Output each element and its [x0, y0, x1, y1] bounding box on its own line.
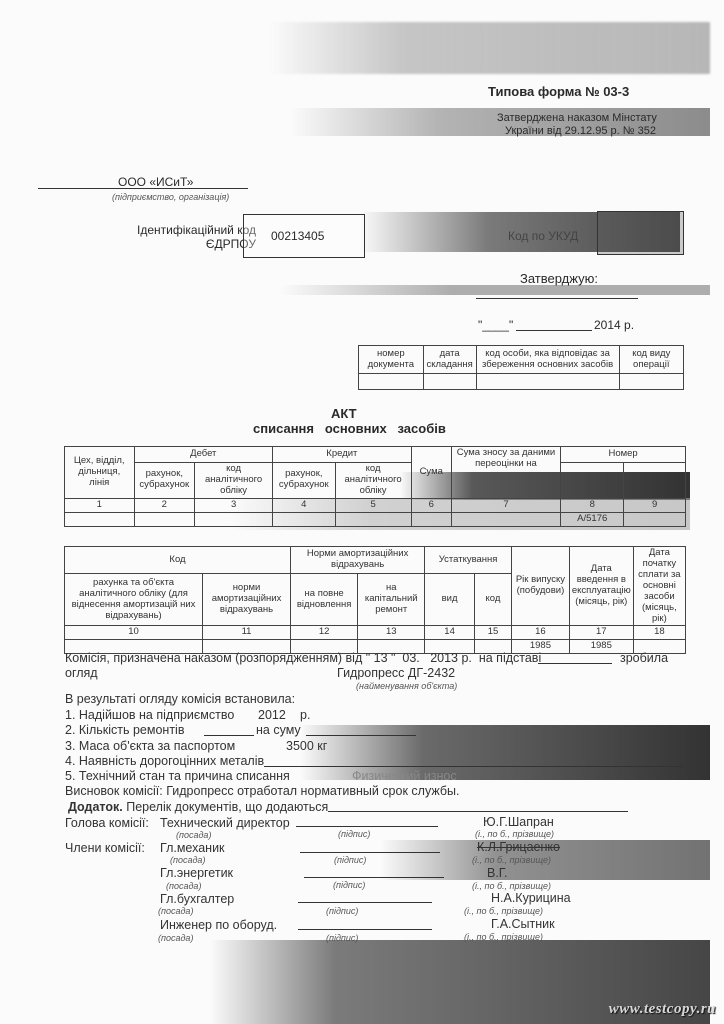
caption-name: (і., по б., прізвище)	[472, 855, 551, 865]
attachment-line: Додаток. Перелік документів, що додаютьс…	[68, 800, 328, 814]
sig-name-4: Г.А.Сытник	[491, 917, 555, 931]
sig-position-4: Инженер по оборуд.	[160, 918, 277, 932]
sig-position-0: Технический директор	[160, 816, 290, 830]
cell-passport-number[interactable]	[624, 512, 686, 526]
th-inventory-number	[561, 463, 624, 499]
object-name: Гидропресс ДГ-2432	[337, 666, 455, 680]
org-caption: (підприємство, організація)	[112, 192, 229, 202]
col-num: 11	[203, 626, 291, 640]
act-subtitle: списання основних засобів	[253, 421, 446, 436]
precious-metals-blank	[264, 766, 684, 767]
caption-position: (посада)	[158, 906, 193, 916]
sig-line-4[interactable]	[298, 929, 432, 930]
sig-line-0[interactable]	[296, 826, 438, 827]
col-num: 16	[512, 626, 570, 640]
caption-position: (посада)	[158, 933, 193, 943]
cell-inventory-number[interactable]: А/5176	[561, 512, 624, 526]
col-num: 17	[569, 626, 633, 640]
col-num: 10	[65, 626, 203, 640]
form-title: Типова форма № 03-3	[488, 84, 629, 99]
document-info-table: номер документа дата складання код особи…	[358, 345, 684, 390]
th-account-object: рахунка та об'єкта аналітичного обліку (…	[65, 574, 203, 626]
edrpou-label-2: ЄДРПОУ	[106, 237, 256, 251]
caption-signature: (підпис)	[334, 855, 366, 865]
caption-position: (посада)	[176, 830, 211, 840]
cell-credit-analytic[interactable]	[335, 512, 411, 526]
approve-signature-line	[476, 298, 638, 299]
head-label: Голова комісії:	[65, 816, 149, 830]
th-code: Код	[65, 547, 291, 574]
basis-blank	[538, 663, 612, 664]
commission-line-1: Комісія, призначена наказом (розпоряджен…	[65, 651, 541, 665]
th-passport-number	[624, 463, 686, 499]
finding-5-value: Физический износ	[352, 769, 457, 783]
approved-line-1: Затверджена наказом Мінстату	[497, 112, 657, 124]
th-payment-date: Дата початку сплати за основні засоби (м…	[633, 547, 685, 626]
approve-date-month-line	[516, 330, 592, 331]
finding-2-mid: на суму	[256, 723, 301, 737]
doc-date-cell[interactable]	[423, 374, 476, 390]
caption-name: (і., по б., прізвище)	[475, 829, 554, 839]
sig-name-3: Н.А.Курицина	[491, 891, 571, 905]
col-num: 7	[451, 498, 560, 512]
col-num: 1	[65, 498, 135, 512]
th-full-restoration: на повне відновлення	[291, 574, 358, 626]
attachment-bold: Додаток.	[68, 800, 123, 814]
edrpou-box: 00213405	[243, 214, 365, 258]
col-num: 15	[474, 626, 511, 640]
th-depreciation: Сума зносу за даними переоцінки на	[451, 447, 560, 499]
doc-header-person-code: код особи, яка відповідає за збереження …	[476, 346, 619, 374]
col-num: 14	[425, 626, 475, 640]
finding-3-value: 3500 кг	[286, 739, 327, 753]
col-num: 6	[411, 498, 451, 512]
col-num: 13	[358, 626, 425, 640]
col-num: 8	[561, 498, 624, 512]
th-debit-account: рахунок, субрахунок	[134, 463, 195, 499]
caption-signature: (підпис)	[333, 880, 365, 890]
th-capital-repair: на капітальний ремонт	[358, 574, 425, 626]
sig-position-2: Гл.энергетик	[160, 866, 233, 880]
act-title: АКТ	[331, 406, 357, 421]
org-name: ООО «ИСиТ»	[118, 175, 193, 189]
th-sum: Сума	[411, 447, 451, 499]
sig-position-1: Гл.механик	[160, 841, 225, 855]
repairs-sum-blank	[306, 735, 416, 736]
doc-header-operation-code: код виду операції	[619, 346, 683, 374]
members-label: Члени комісії:	[65, 841, 145, 855]
depreciation-table: Код Норми амортизаційних відрахувань Уст…	[64, 546, 686, 654]
commission-line-1-end: зробила	[620, 651, 668, 665]
finding-3-label: 3. Маса об'єкта за паспортом	[65, 739, 235, 753]
attachment-blank	[328, 811, 628, 812]
th-norms: Норми амортизаційних відрахувань	[291, 547, 425, 574]
approve-date-day: "____"	[478, 318, 513, 332]
conclusion: Висновок комісії: Гидропресс отработал н…	[65, 784, 459, 798]
cell-sum[interactable]	[411, 512, 451, 526]
th-credit: Кредит	[273, 447, 412, 463]
edrpou-value: 00213405	[271, 229, 324, 243]
commission-line-2: огляд	[65, 666, 98, 680]
col-num: 12	[291, 626, 358, 640]
finding-5-label: 5. Технічний стан та причина списання	[65, 769, 290, 783]
doc-operation-code-cell[interactable]	[619, 374, 683, 390]
cell-credit-account[interactable]	[273, 512, 335, 526]
th-debit: Дебет	[134, 447, 273, 463]
watermark: www.testcopy.ru	[609, 1001, 716, 1018]
th-norms-code: норми амортизаційних відрахувань	[203, 574, 291, 626]
finding-1-value: 2012	[258, 708, 286, 722]
th-eq-code: код	[474, 574, 511, 626]
caption-name: (і., по б., прізвище)	[464, 932, 543, 942]
ukud-label: Код по УКУД	[508, 229, 578, 243]
cell-shop[interactable]	[65, 512, 135, 526]
caption-name: (і., по б., прізвище)	[472, 881, 551, 891]
scan-artifact	[280, 285, 710, 295]
th-credit-account: рахунок, субрахунок	[273, 463, 335, 499]
sig-line-3[interactable]	[298, 902, 432, 903]
col-num: 18	[633, 626, 685, 640]
repairs-count-blank	[204, 735, 254, 736]
caption-name: (і., по б., прізвище)	[464, 906, 543, 916]
approve-label: Затверджую:	[520, 271, 598, 286]
sig-name-0: Ю.Г.Шапран	[483, 815, 554, 829]
sig-line-1[interactable]	[300, 852, 440, 853]
sig-name-2: В.Г.	[487, 866, 508, 880]
col-num: 2	[134, 498, 195, 512]
cell-debit-analytic[interactable]	[195, 512, 273, 526]
finding-4-label: 4. Наявність дорогоцінних металів	[65, 754, 264, 768]
th-commission-date: Дата введення в експлуатацію (місяць, рі…	[569, 547, 633, 626]
caption-signature: (підпис)	[326, 933, 358, 943]
col-num: 4	[273, 498, 335, 512]
cell-depreciation[interactable]	[451, 512, 560, 526]
debit-credit-table: Цех, відділ, дільниця, лінія Дебет Креди…	[64, 446, 686, 527]
object-caption: (найменування об'єкта)	[356, 681, 457, 691]
th-equipment: Устаткування	[425, 547, 512, 574]
sig-position-3: Гл.бухгалтер	[160, 892, 234, 906]
finding-1-suffix: р.	[300, 708, 310, 722]
th-number: Номер	[561, 447, 686, 463]
approve-date-year: 2014 р.	[594, 318, 634, 332]
edrpou-label-1: Ідентифікаційний код	[106, 223, 256, 237]
doc-header-number: номер документа	[359, 346, 424, 374]
approved-line-2: України від 29.12.95 р. № 352	[505, 125, 656, 137]
caption-signature: (підпис)	[338, 829, 370, 839]
caption-position: (посада)	[166, 881, 201, 891]
doc-person-code-cell[interactable]	[476, 374, 619, 390]
col-num: 9	[624, 498, 686, 512]
col-num: 3	[195, 498, 273, 512]
doc-number-cell[interactable]	[359, 374, 424, 390]
attachment-rest: Перелік документів, що додаються	[126, 800, 328, 814]
findings-intro: В результаті огляду комісія встановила:	[65, 692, 295, 706]
ukud-box	[597, 211, 684, 255]
th-shop: Цех, відділ, дільниця, лінія	[65, 447, 135, 499]
doc-header-date: дата складання	[423, 346, 476, 374]
th-kind: вид	[425, 574, 475, 626]
th-debit-analytic: код аналітичного обліку	[195, 463, 273, 499]
sig-line-2[interactable]	[304, 877, 444, 878]
sig-name-1: К.Л.Грицаенко	[477, 840, 560, 854]
caption-signature: (підпис)	[326, 906, 358, 916]
cell-debit-account[interactable]	[134, 512, 195, 526]
scan-artifact	[270, 22, 710, 74]
th-credit-analytic: код аналітичного обліку	[335, 463, 411, 499]
finding-2-label: 2. Кількість ремонтів	[65, 723, 184, 737]
th-year: Рік випуску (побудови)	[512, 547, 570, 626]
finding-1-label: 1. Надійшов на підприємство	[65, 708, 234, 722]
caption-position: (посада)	[170, 855, 205, 865]
col-num: 5	[335, 498, 411, 512]
